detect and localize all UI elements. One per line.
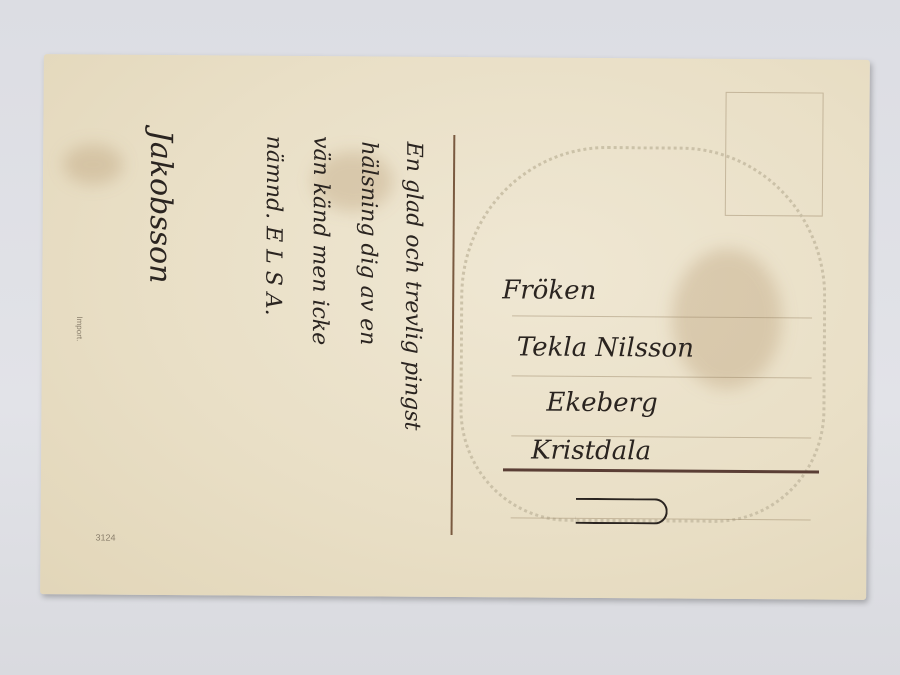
signature: Jakobsson <box>142 130 178 284</box>
stain <box>63 144 123 184</box>
postcard: En glad och trevlig pingst hälsning dig … <box>40 54 870 600</box>
flourish <box>576 498 668 525</box>
message-line-3: vän känd men icke <box>307 136 333 345</box>
divider-line <box>451 135 456 535</box>
address-town: Kristdala <box>531 436 651 467</box>
message-line-1: En glad och trevlig pingst <box>399 142 426 431</box>
message-line-4: nämnd. E L S A. <box>260 136 286 316</box>
address-place: Ekeberg <box>546 388 657 419</box>
import-label: Import. <box>75 316 84 341</box>
address-name: Tekla Nilsson <box>517 332 694 363</box>
card-number: 3124 <box>95 532 115 542</box>
message-line-2: hälsning dig av en <box>355 141 381 345</box>
address-salutation: Fröken <box>502 275 596 306</box>
